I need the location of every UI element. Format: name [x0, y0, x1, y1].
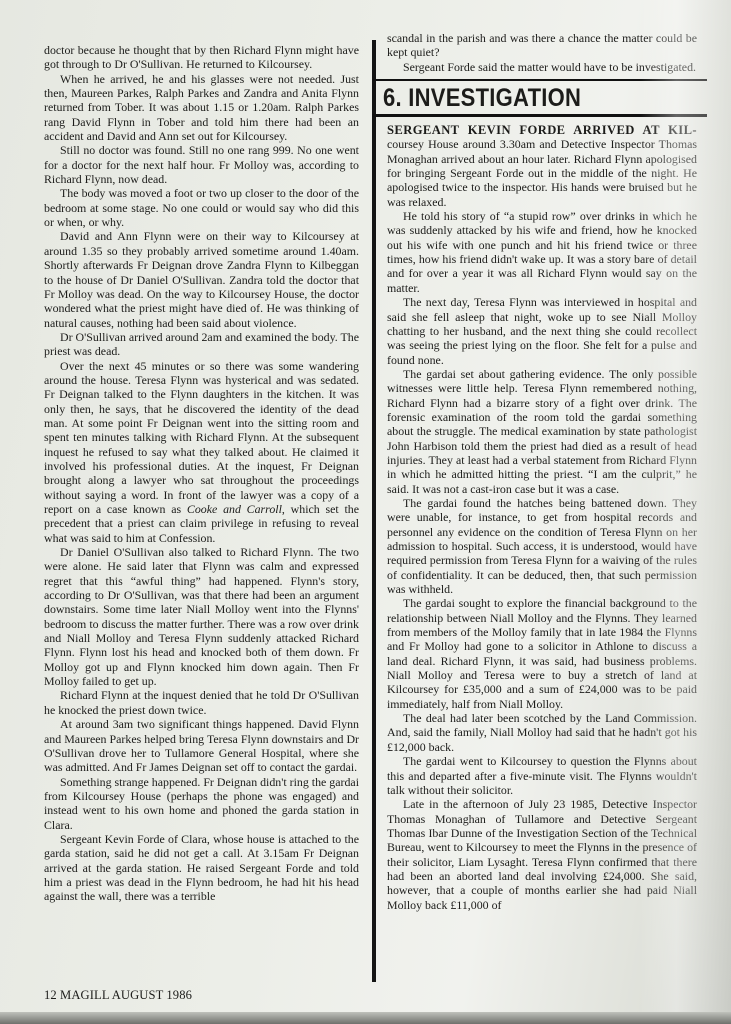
paragraph: The body was moved a foot or two up clos… — [44, 186, 359, 229]
paragraph: The deal had later been scotched by the … — [387, 711, 697, 754]
right-column: scandal in the parish and was there a ch… — [387, 31, 697, 912]
paragraph: Sergeant Kevin Forde of Clara, whose hou… — [44, 832, 359, 904]
paragraph: When he arrived, he and his glasses were… — [44, 72, 359, 144]
paragraph: Dr O'Sullivan arrived around 2am and exa… — [44, 330, 359, 359]
paragraph: Still no doctor was found. Still no one … — [44, 143, 359, 186]
lead-paragraph: SERGEANT KEVIN FORDE ARRIVED AT KIL- cou… — [387, 123, 697, 209]
paragraph: The gardai sought to explore the financi… — [387, 596, 697, 711]
column-divider — [372, 40, 376, 982]
paragraph: doctor because he thought that by then R… — [44, 43, 359, 72]
paragraph: Late in the afternoon of July 23 1985, D… — [387, 797, 697, 912]
paragraph: Something strange happened. Fr Deignan d… — [44, 775, 359, 832]
paragraph: The next day, Teresa Flynn was interview… — [387, 295, 697, 367]
paragraph: At around 3am two significant things hap… — [44, 717, 359, 774]
paragraph: The gardai set about gathering evidence.… — [387, 367, 697, 496]
lead-text: coursey House around 3.30am and Detectiv… — [387, 137, 697, 208]
paragraph: scandal in the parish and was there a ch… — [387, 31, 697, 60]
paragraph: Richard Flynn at the inquest denied that… — [44, 688, 359, 717]
section-heading: 6. INVESTIGATION — [383, 83, 668, 113]
magazine-page: doctor because he thought that by then R… — [0, 0, 731, 1024]
left-column: doctor because he thought that by then R… — [44, 43, 359, 904]
lead-caps: SERGEANT KEVIN FORDE ARRIVED AT KIL- — [387, 123, 697, 137]
paragraph: The gardai found the hatches being batte… — [387, 496, 697, 596]
page-bottom-edge — [0, 1012, 731, 1024]
paragraph: David and Ann Flynn were on their way to… — [44, 229, 359, 329]
paragraph-with-case-citation: Over the next 45 minutes or so there was… — [44, 359, 359, 545]
page-footer: 12 MAGILL AUGUST 1986 — [44, 988, 192, 1003]
paragraph-text: Over the next 45 minutes or so there was… — [44, 359, 359, 516]
paragraph: The gardai went to Kilcoursey to questio… — [387, 754, 697, 797]
paragraph: Dr Daniel O'Sullivan also talked to Rich… — [44, 545, 359, 688]
case-name: Cooke and Carroll — [187, 502, 282, 516]
page-number: 12 — [44, 988, 57, 1002]
section-heading-box: 6. INVESTIGATION — [373, 79, 707, 117]
publication-name: MAGILL — [60, 988, 109, 1002]
paragraph: He told his story of “a stupid row” over… — [387, 209, 697, 295]
issue-date: AUGUST 1986 — [112, 988, 192, 1002]
paragraph: Sergeant Forde said the matter would hav… — [387, 60, 697, 74]
